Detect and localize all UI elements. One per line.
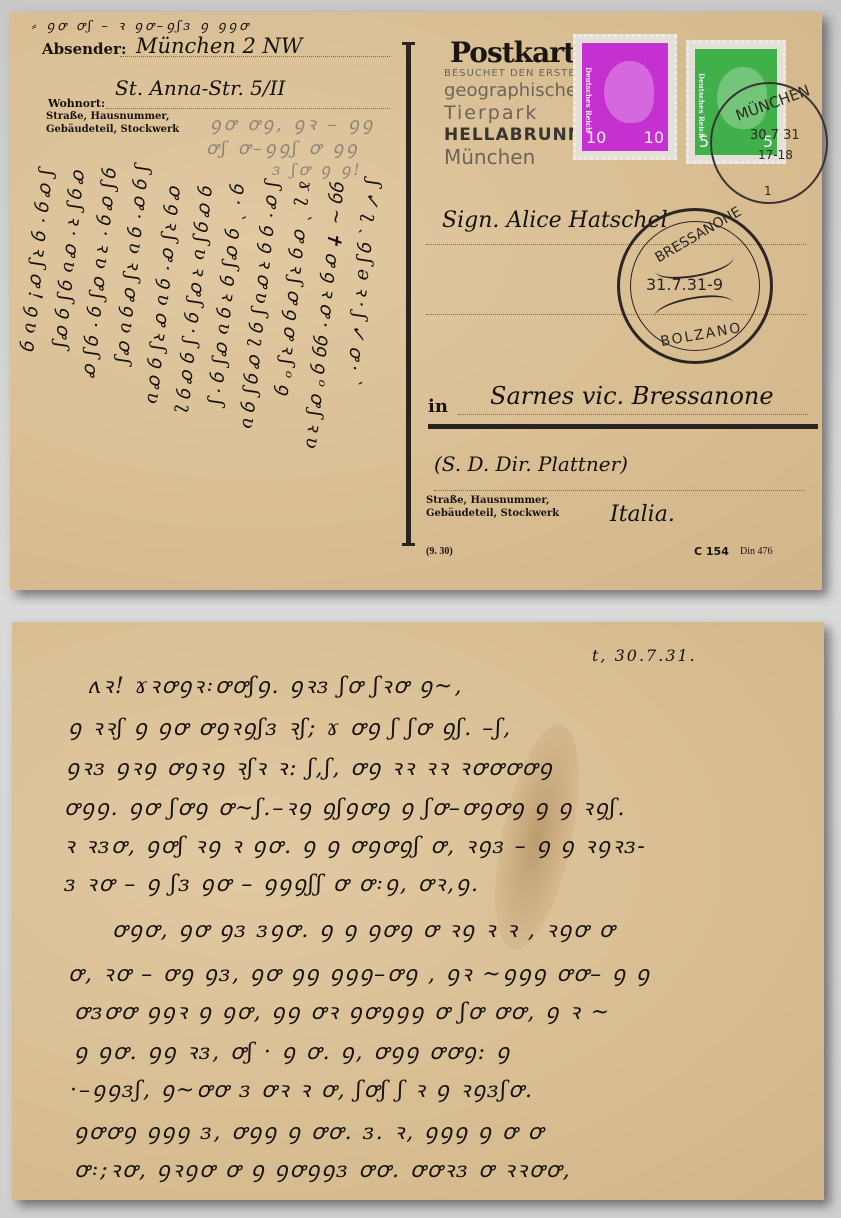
- portrait-icon: [604, 61, 654, 123]
- message-line: ʌꝛ! ɤꝛꝍꝯꝛ꞉ꝍꝍʃꝯ. ꝯꝛɜ ʃꝍ ʃꝛꝍ ꝯ~,: [88, 670, 463, 700]
- message-line: ꝯꝍꝍꝯ ꝯꝯꝯ ɜ, ꝍꝯꝯ ꝯ ꝍꝍ. ɜ. ꝛ, ꝯꝯꝯ ꝯ ꝍ ꝍ: [74, 1116, 544, 1146]
- slogan-line-2: geographischen: [444, 80, 588, 102]
- sender-street-value: St. Anna-Str. 5/II: [115, 76, 285, 100]
- postmark-city: MÜNCHEN: [733, 81, 812, 124]
- in-label: in: [428, 396, 448, 417]
- message-line: ꝯ ꝯꝍ. ꝯꝯ ꝛɜ, ꝍʃ · ꝯ ꝍ. ꝯ, ꝍꝯꝯ ꝍꝍꝯ: ꝯ: [74, 1036, 511, 1066]
- stamp-value-left: 10: [586, 128, 606, 147]
- street-label-line1: Straße, Hausnummer,: [46, 110, 179, 123]
- town-underline: [428, 424, 818, 429]
- street-label-line2: Gebäudeteil, Stockwerk: [46, 123, 179, 136]
- message-line: ꝯ ꝛꝛʃ ꝯ ꝯꝍ ꝍꝯꝛꝯʃɜ ꝛʃ; ɤ ꝍꝯ ʃ ʃꝍ ꝯʃ. –ʃ,: [68, 712, 512, 742]
- pencil-note-1: ꝯꝍ ꝍꝯ, ꝯꝛ – ꝯꝯ: [210, 112, 375, 136]
- postcard-title: Postkarte: [450, 36, 592, 69]
- message-line: ꝍꝯꝯ. ꝯꝍ ʃꝍꝯ ꝍ~ʃ.–ꝛꝯ ꝯʃꝯꝍꝯ ꝯ ʃꝍ–ꝍꝯꝍꝯ ꝯ ꝯ …: [64, 792, 627, 822]
- stamp-country-text: Deutsches Reich: [584, 67, 593, 132]
- recipient-name: Sign. Alice Hatschel: [442, 208, 668, 233]
- vertical-divider: [406, 44, 411, 544]
- message-line: ꝛ ꝛɜꝍ, ꝯꝍʃ ꝛꝯ ꝛ ꝯꝍ. ꝯ ꝯ ꝍꝯꝍꝯʃ ꝍ, ꝛꝯɜ – ꝯ…: [64, 830, 647, 860]
- stamp-value-right: 10: [644, 128, 664, 147]
- recipient-country: Italia.: [610, 502, 675, 527]
- slogan-cancellation: BESUCHET DEN ERSTEN geographischen Tierp…: [444, 68, 588, 168]
- recipient-town: Sarnes vic. Bressanone: [490, 382, 774, 410]
- header-scribble: ⸗ ꝯꝍ ꝍʃ – ꝛ ꝯꝍ–ꝯʃɜ ꝯ ꝯꝯꝍ: [32, 16, 251, 34]
- sender-street-label: Straße, Hausnummer, Gebäudeteil, Stockwe…: [46, 110, 179, 136]
- care-of-dotted-line: [434, 490, 804, 491]
- pencil-note-2: ꝍʃ ꝍ–ꝯꝯʃ ꝍ ꝯꝯ: [206, 136, 360, 160]
- postmark-date: 30 7 31: [750, 128, 800, 143]
- slogan-line-3: Tierpark: [444, 102, 588, 124]
- postmark-date: 31.7.31-9: [646, 275, 723, 294]
- postcard-front: ⸗ ꝯꝍ ꝍʃ – ꝛ ꝯꝍ–ꝯʃɜ ꝯ ꝯꝯꝍ Absender: Münch…: [10, 12, 822, 590]
- sender-value: München 2 NW: [136, 34, 302, 58]
- street-label-line2: Gebäudeteil, Stockwerk: [426, 507, 559, 520]
- message-line: ꝍɜꝍꝍ ꝯꝯꝛ ꝯ ꝯꝍ, ꝯꝯ ꝍꝛ ꝯꝍꝯꝯꝯ ꝍ ʃꝍ ꝍꝍ, ꝯ ꝛ …: [74, 996, 611, 1026]
- residence-dotted-line: [106, 108, 390, 109]
- stamp-value-left: 5: [699, 132, 709, 151]
- pencil-note-3: ɜ ʃꝍ ꝯ ꝯ!: [272, 158, 363, 180]
- residence-label: Wohnort:: [48, 97, 105, 110]
- din-code: Din 476: [740, 546, 773, 557]
- slogan-line-5: München: [444, 146, 588, 168]
- slogan-line-1: BESUCHET DEN ERSTEN: [444, 68, 588, 80]
- stamp-country-text: Deutsches Reich: [697, 73, 706, 138]
- recipient-street-label: Straße, Hausnummer, Gebäudeteil, Stockwe…: [426, 494, 559, 520]
- message-line: ɜ ꝛꝍ – ꝯ ʃɜ ꝯꝍ – ꝯꝯꝯʃʃ ꝍ ꝍ꞉ꝯ, ꝍꝛ,ꝯ.: [64, 868, 480, 898]
- recipient-care-of: (S. D. Dir. Plattner): [434, 452, 628, 476]
- postmark-time: 17-18: [758, 148, 793, 162]
- town-dotted-line: [458, 414, 808, 415]
- message-line: ꝯꝛɜ ꝯꝛꝯ ꝍꝯꝛꝯ ꝛʃꝛ ꝛ: ʃ,ʃ, ꝍꝯ ꝛꝛ ꝛꝛ ꝛꝍꝍꝍꝍꝯ: [66, 752, 554, 782]
- postcard-back: t, 30.7.31. ʌꝛ! ɤꝛꝍꝯꝛ꞉ꝍꝍʃꝯ. ꝯꝛɜ ʃꝍ ʃꝛꝍ ꝯ…: [12, 622, 824, 1200]
- postmark-office: 1: [764, 184, 772, 198]
- slogan-line-4: HELLABRUNN: [444, 124, 588, 146]
- sender-label: Absender:: [42, 40, 127, 58]
- message-line: ꝍꝯꝍ, ꝯꝍ ꝯɜ ɜꝯꝍ. ꝯ ꝯ ꝯꝍꝯ ꝍ ꝛꝯ ꝛ ꝛ , ꝛꝯꝍ ꝍ: [112, 914, 616, 944]
- stamp-10-pfennig: Deutsches Reich 10 10: [573, 34, 677, 160]
- message-line: ꝍ꞉;ꝛꝍ, ꝯꝛꝯꝍ ꝍ ꝯ ꝯꝍꝯꝯɜ ꝍꝍ. ꝍꝍꝛɜ ꝍ ꝛꝛꝍꝍ,: [74, 1154, 572, 1184]
- postmark-munich: MÜNCHEN 30 7 31 17-18 1: [710, 82, 828, 204]
- print-code-right: C 154: [694, 545, 729, 558]
- message-line: ·–ꝯꝯɜʃ, ꝯ~ꝍꝍ ɜ ꝍꝛ ꝛ ꝍ, ʃꝍʃ ʃ ꝛ ꝯ ꝛꝯɜʃꝍ.: [70, 1074, 534, 1104]
- message-date: t, 30.7.31.: [592, 646, 697, 665]
- street-label-line1: Straße, Hausnummer,: [426, 494, 559, 507]
- print-code-left: (9. 30): [426, 546, 453, 557]
- message-line: ꝍ, ꝛꝍ – ꝍꝯ ꝯɜ, ꝯꝍ ꝯꝯ ꝯꝯꝯ–ꝍꝯ , ꝯꝛ ~ꝯꝯꝯ ꝍꝍ…: [68, 958, 651, 988]
- postmark-bressanone: BRESSANONE 31.7.31-9 BOLZANO: [617, 208, 773, 364]
